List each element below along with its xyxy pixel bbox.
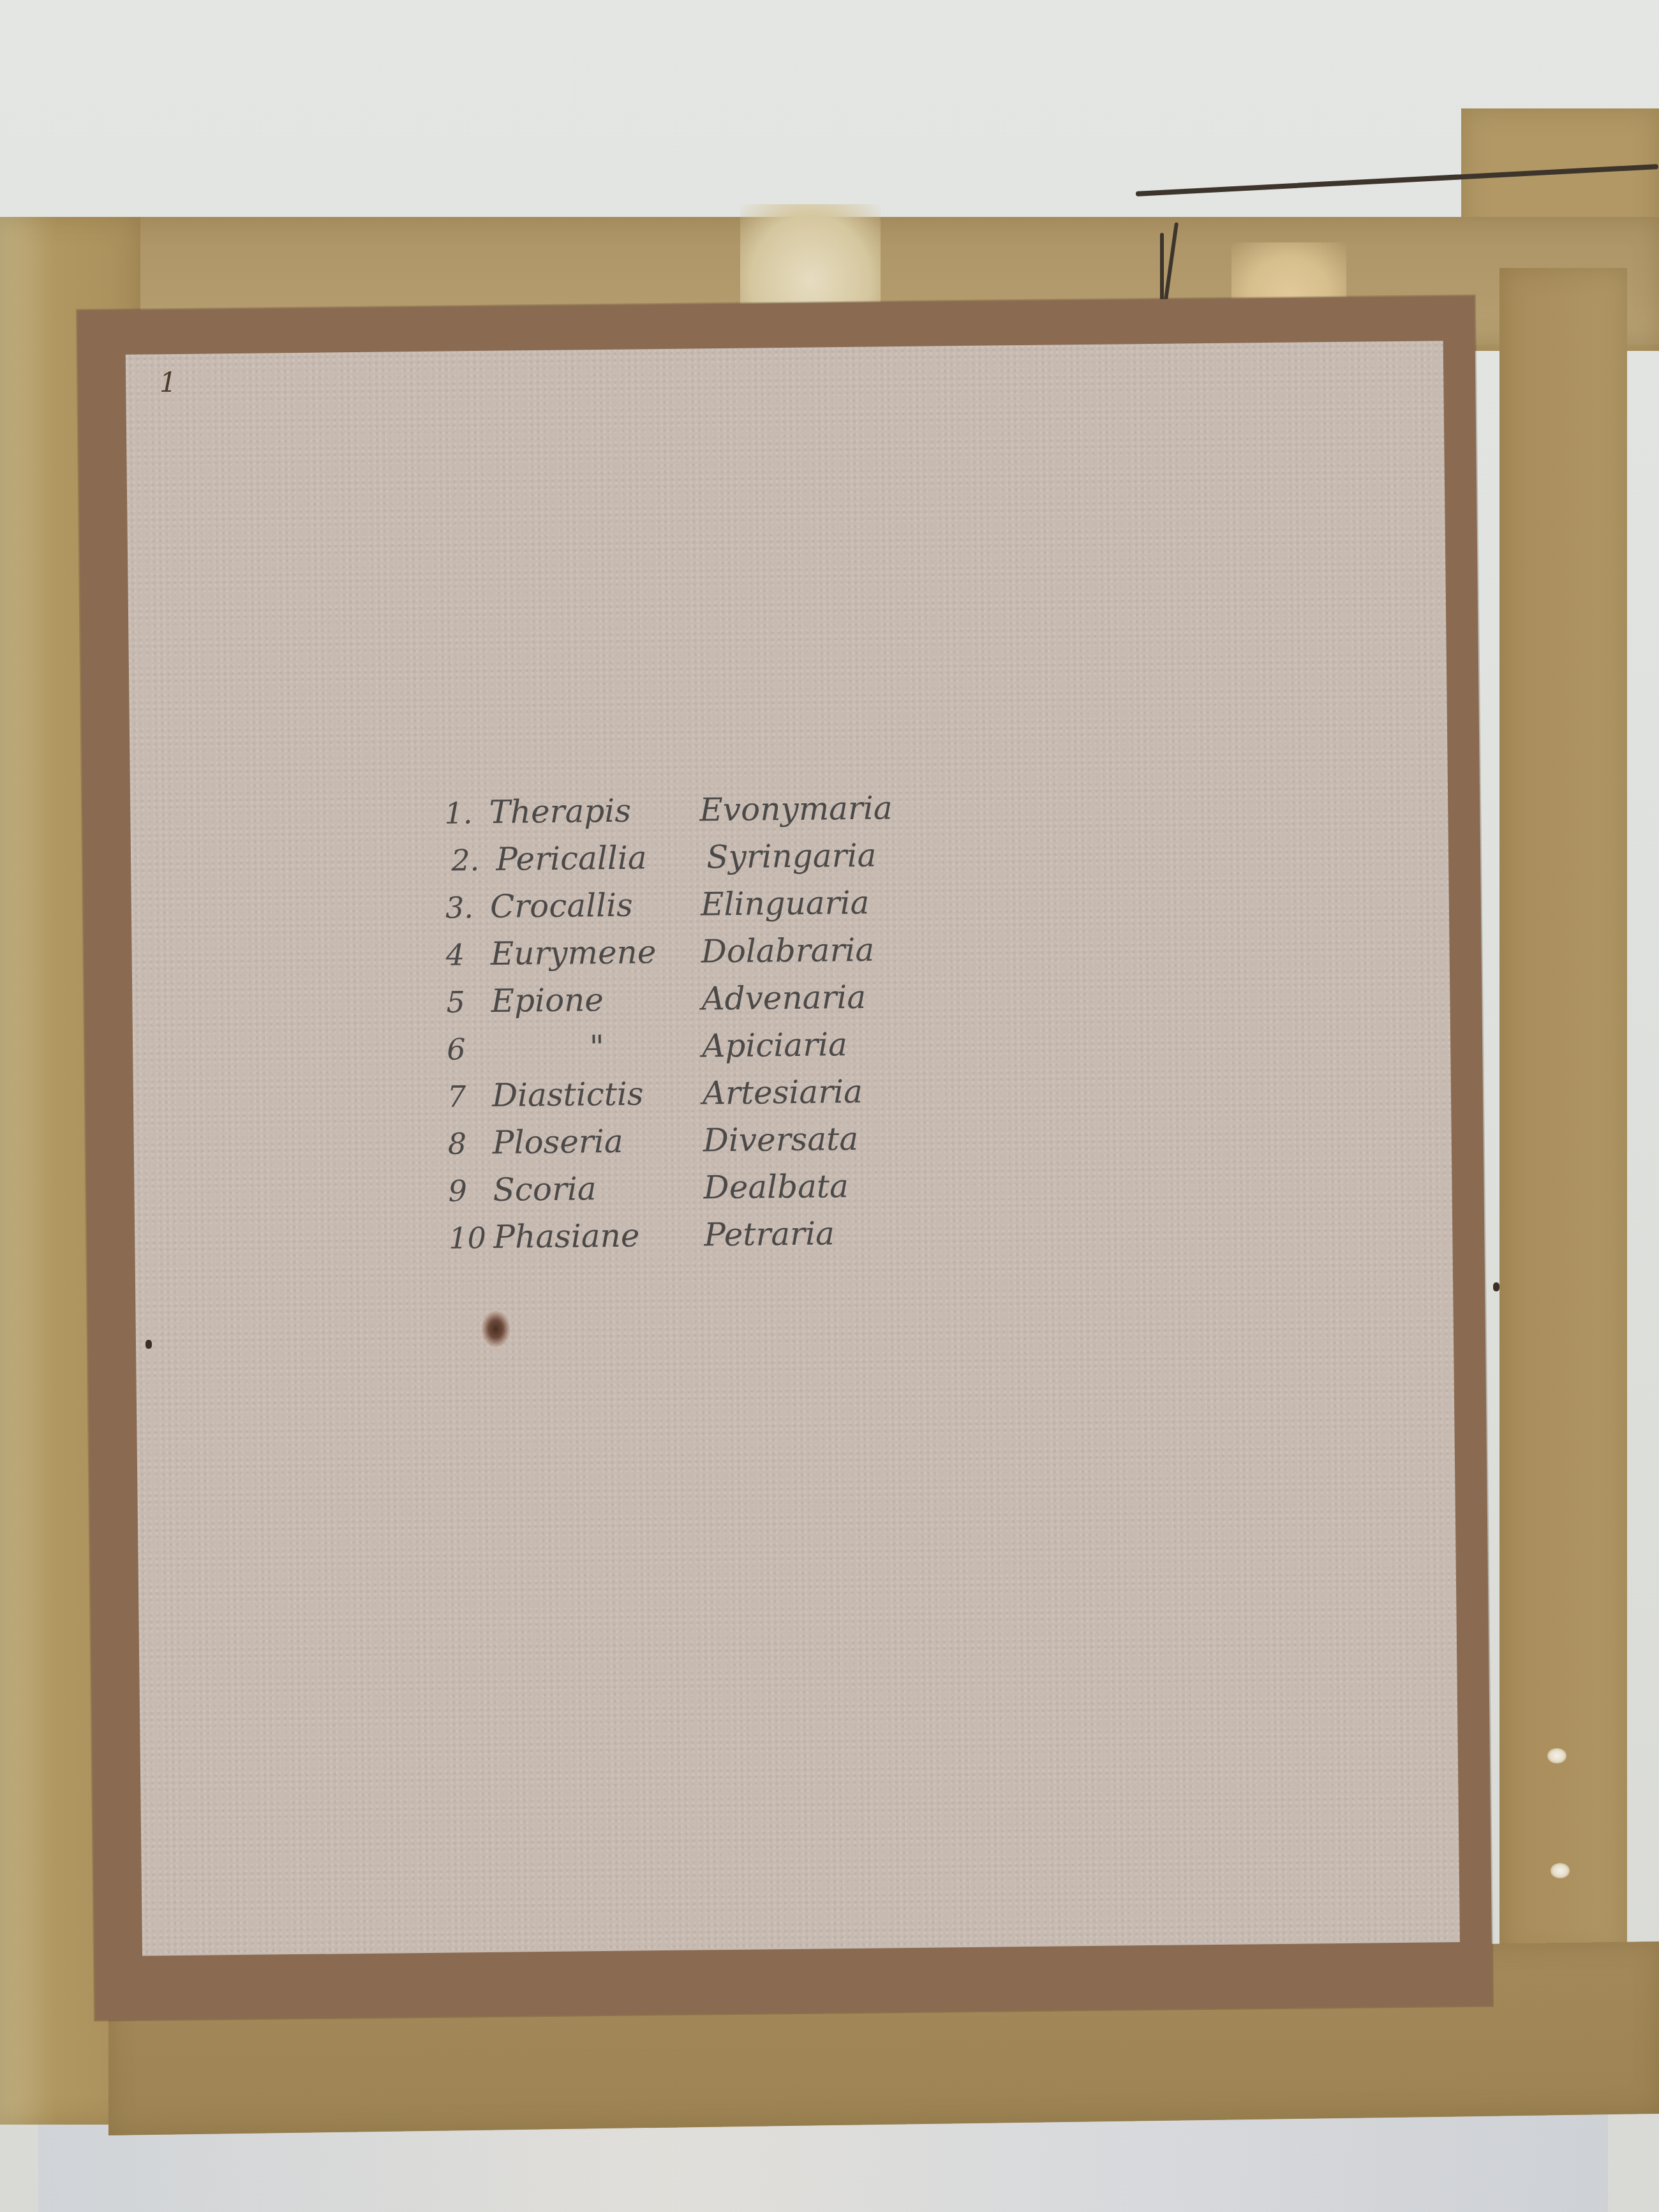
item-number: 8 (448, 1126, 493, 1161)
frame-nick (145, 1340, 152, 1349)
pin-hole (1547, 1748, 1566, 1763)
item-number: 9 (448, 1173, 493, 1208)
list-item: 10 Phasiane Petraria (449, 1213, 1023, 1266)
list-item: 3. Crocallis Elinguaria (445, 882, 1020, 935)
genus-name: Therapis (489, 792, 700, 831)
item-number: 4 (446, 937, 491, 972)
species-name: Apiciaria (702, 1026, 847, 1064)
species-name: Dolabraria (701, 932, 874, 970)
list-item: 5 Epione Advenaria (446, 977, 1021, 1030)
list-item: 8 Ploseria Diversata (448, 1118, 1023, 1171)
list-item: 1. Therapis Evonymaria (444, 788, 1019, 841)
species-name: Syringaria (706, 837, 877, 876)
list-item: 2. Pericallia Syringaria (445, 835, 1020, 888)
genus-name: Crocallis (490, 886, 701, 925)
item-number: 5 (446, 984, 491, 1020)
species-list: 1. Therapis Evonymaria 2. Pericallia Syr… (444, 788, 1023, 1266)
species-name: Diversata (703, 1120, 859, 1159)
corner-pencil-mark: 1 (160, 367, 177, 398)
item-number: 2. (451, 843, 496, 878)
species-name: Petraria (704, 1215, 835, 1253)
item-number: 6 (447, 1032, 492, 1067)
frame-nick (1493, 1282, 1499, 1291)
item-number: 7 (447, 1079, 493, 1114)
list-item: 6 " Apiciaria (447, 1024, 1022, 1077)
list-item: 4 Eurymene Dolabraria (445, 930, 1020, 983)
genus-name: Scoria (493, 1169, 704, 1208)
species-name: Elinguaria (701, 884, 870, 923)
genus-name: Phasiane (493, 1217, 704, 1256)
species-name: Evonymaria (699, 789, 893, 828)
genus-name: Eurymene (490, 933, 701, 972)
item-number: 10 (449, 1221, 494, 1256)
list-item: 9 Scoria Dealbata (448, 1166, 1023, 1219)
genus-name: Epione (491, 981, 702, 1020)
species-name: Dealbata (703, 1168, 849, 1206)
genus-name: Ploseria (493, 1122, 704, 1161)
pin-hole (1551, 1863, 1570, 1878)
genus-ditto-mark: " (491, 1028, 703, 1067)
tape-right (1499, 268, 1627, 1959)
ink-stain (482, 1311, 510, 1347)
genus-name: Diastictis (492, 1075, 703, 1114)
list-item: 7 Diastictis Artesiaria (447, 1071, 1022, 1124)
item-number: 1. (444, 796, 489, 831)
item-number: 3. (445, 890, 491, 925)
species-name: Advenaria (701, 979, 866, 1018)
species-name: Artesiaria (703, 1073, 863, 1112)
genus-name: Pericallia (496, 838, 707, 877)
